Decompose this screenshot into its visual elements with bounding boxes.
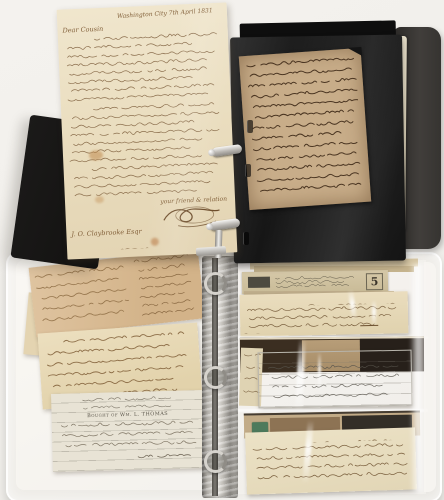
plastic-glare [372,300,376,326]
printed-check-grey [258,350,413,409]
banknote-vignette [248,277,270,288]
sleeve-right-margin [424,262,436,492]
letter-addressee: J. O. Claybrooke Esqr [71,227,142,238]
check2-body [267,362,404,404]
foxing-stain [151,238,159,246]
letter-salutation: Dear Cousin [62,25,103,35]
page-slot [247,120,253,133]
aged-handwritten-document [239,48,371,210]
handwritten-check-1 [240,291,409,337]
receipt-tan-handwriting [33,263,131,331]
binder-ring [204,450,227,473]
letter-paragraph-1 [63,30,222,103]
photo-archival-binders: Bought of Wm. L. THOMAS 5 [0,0,444,500]
handwritten-check-3 [245,427,417,494]
aged-document-handwriting [245,54,365,203]
foxing-stain [89,150,103,161]
letter-dateline: Washington City 7th April 1831 [117,7,213,20]
binder-ring [204,272,227,295]
plastic-glare [318,352,321,392]
page-slot [245,164,251,177]
printed-bill-signature [136,448,192,461]
letter-postscript [107,239,149,250]
check3-body [251,441,410,488]
printed-bill-entries [60,418,197,452]
check1-body [246,303,401,332]
letter-paragraph-2 [66,100,222,165]
letter-paragraph-3 [68,160,221,203]
page-slot [243,232,249,245]
banknote-denomination: 5 [366,273,383,290]
binder-ring [204,366,227,389]
handwritten-letter: Washington City 7th April 1831 Dear Cous… [57,2,238,259]
check1-docket [242,324,260,333]
banknote-microprint [274,273,356,290]
foxing-stain [95,196,104,203]
printed-bill-header-script [81,394,171,412]
printed-bill: Bought of Wm. L. THOMAS [51,390,205,472]
letter-closing: your friend & relation [160,196,227,206]
